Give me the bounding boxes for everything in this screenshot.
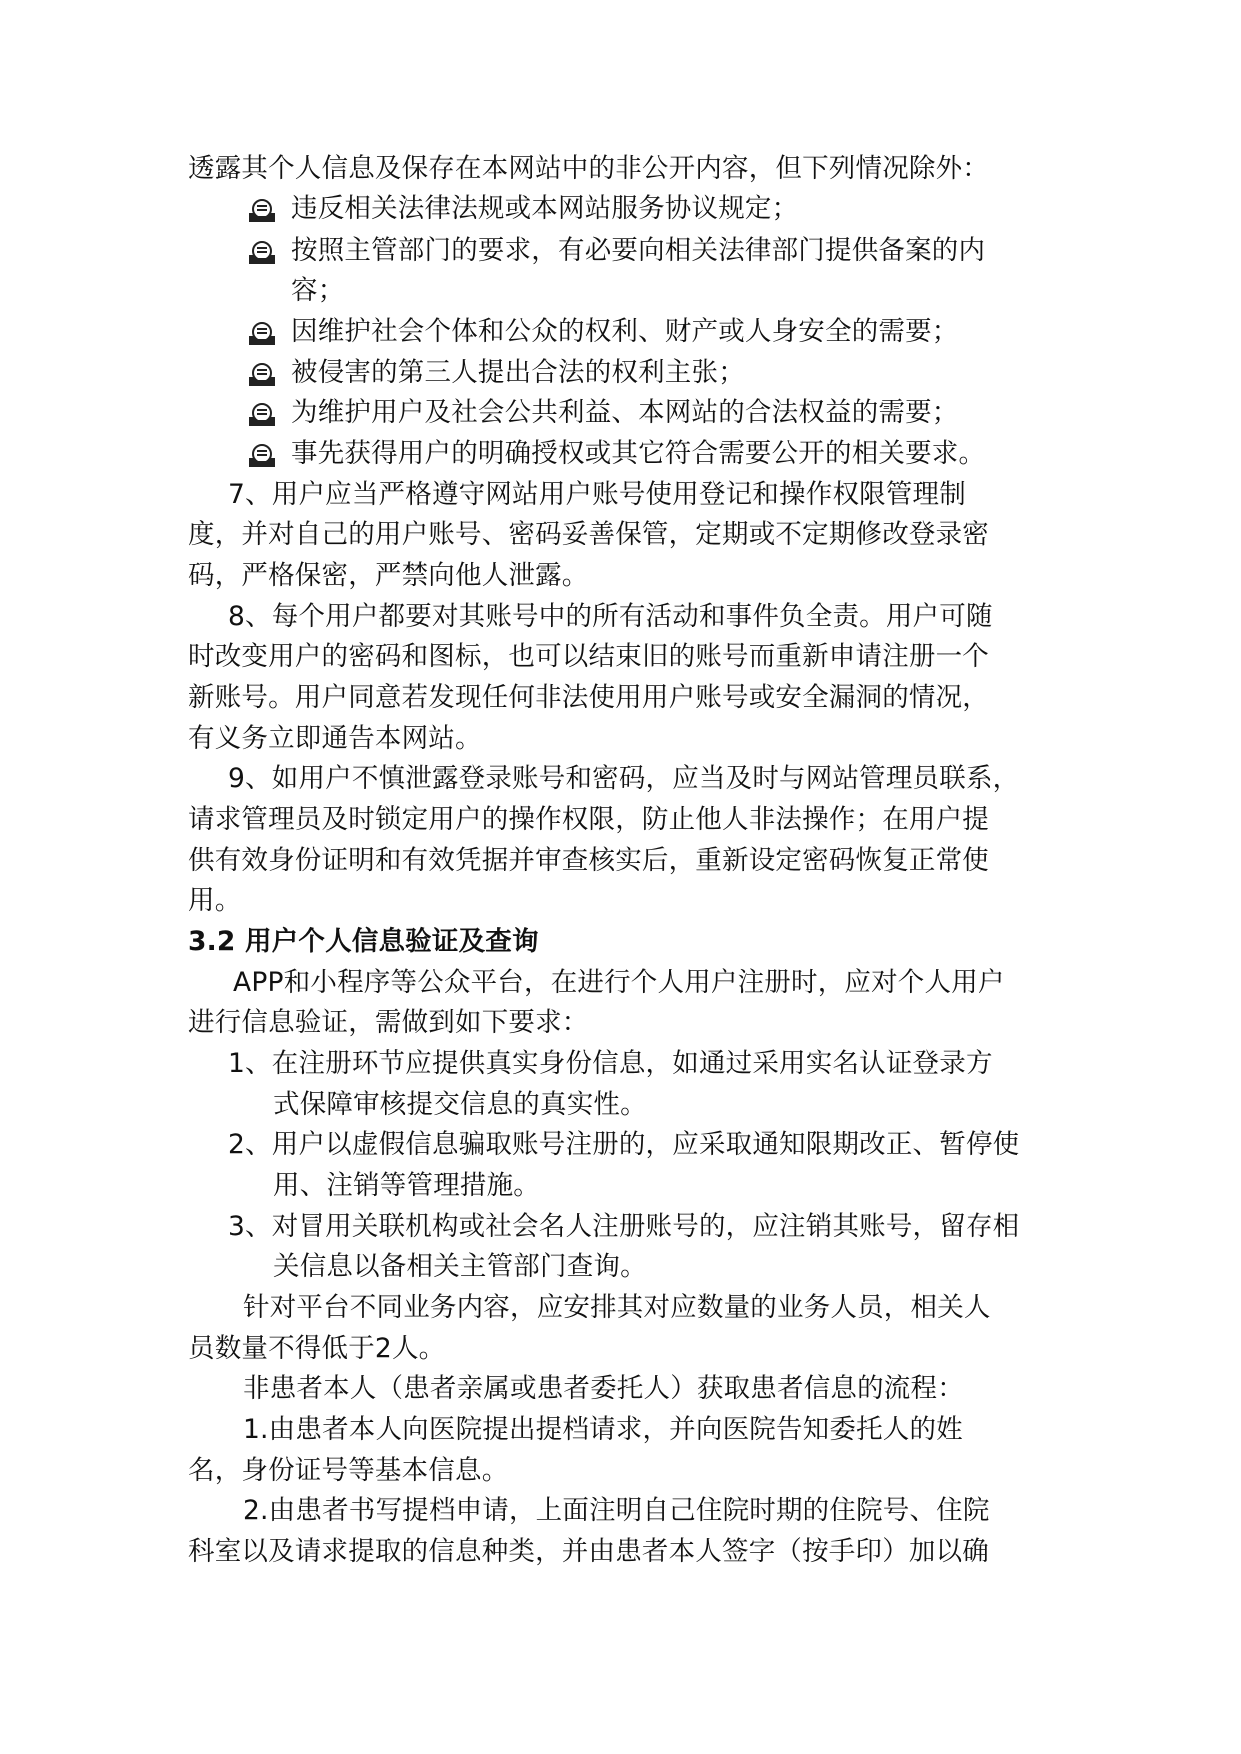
paragraph-line: 时改变用户的密码和图标，也可以结束旧的账号而重新申请注册一个 — [188, 637, 989, 677]
paragraph-line: 透露其个人信息及保存在本网站中的非公开内容，但下列情况除外： — [188, 149, 989, 189]
lock-inbox-icon — [247, 320, 277, 346]
section-heading: 3.2 用户个人信息验证及查询 — [188, 922, 539, 962]
lock-inbox-icon — [247, 361, 277, 387]
numbered-item: 3、对冒用关联机构或社会名人注册账号的，应注销其账号，留存相 — [228, 1207, 1019, 1247]
numbered-item-continuation: 式保障审核提交信息的真实性。 — [273, 1085, 647, 1125]
numbered-item-continuation: 关信息以备相关主管部门查询。 — [273, 1247, 647, 1287]
numbered-item-continuation: 用、注销等管理措施。 — [273, 1166, 540, 1206]
paragraph-line: 员数量不得低于2人。 — [188, 1329, 445, 1369]
paragraph-line: 非患者本人（患者亲属或患者委托人）获取患者信息的流程： — [243, 1369, 964, 1409]
bullet-text: 按照主管部门的要求，有必要向相关法律部门提供备案的内 — [291, 235, 985, 266]
paragraph-line: 度，并对自己的用户账号、密码妥善保管，定期或不定期修改登录密 — [188, 515, 989, 555]
paragraph-line: 科室以及请求提取的信息种类，并由患者本人签字（按手印）加以确 — [188, 1532, 989, 1572]
bullet-item: 被侵害的第三人提出合法的权利主张； — [291, 353, 745, 393]
bullet-item: 按照主管部门的要求，有必要向相关法律部门提供备案的内 — [291, 231, 985, 271]
paragraph-line: 7、用户应当严格遵守网站用户账号使用登记和操作权限管理制 — [228, 475, 966, 515]
bullet-item: 违反相关法律法规或本网站服务协议规定； — [291, 189, 798, 229]
bullet-text: 被侵害的第三人提出合法的权利主张； — [291, 357, 745, 388]
paragraph-line: 供有效身份证明和有效凭据并审查核实后，重新设定密码恢复正常使 — [188, 841, 989, 881]
lock-inbox-icon — [247, 197, 277, 223]
paragraph-line: 2.由患者书写提档申请，上面注明自己住院时期的住院号、住院 — [243, 1491, 990, 1531]
paragraph-line: 有义务立即通告本网站。 — [188, 719, 482, 759]
numbered-item: 2、用户以虚假信息骗取账号注册的，应采取通知限期改正、暂停使 — [228, 1125, 1019, 1165]
paragraph-line: 针对平台不同业务内容，应安排其对应数量的业务人员，相关人 — [243, 1288, 991, 1328]
bullet-item: 为维护用户及社会公共利益、本网站的合法权益的需要； — [291, 393, 959, 433]
lock-inbox-icon — [247, 442, 277, 468]
paragraph-line: 进行信息验证，需做到如下要求： — [188, 1003, 589, 1043]
paragraph-line: 用。 — [188, 881, 241, 921]
bullet-text: 违反相关法律法规或本网站服务协议规定； — [291, 193, 798, 224]
paragraph-line: 新账号。用户同意若发现任何非法使用用户账号或安全漏洞的情况， — [188, 678, 989, 718]
numbered-item: 1、在注册环节应提供真实身份信息，如通过采用实名认证登录方 — [228, 1044, 993, 1084]
paragraph-line: 8、每个用户都要对其账号中的所有活动和事件负全责。用户可随 — [228, 597, 993, 637]
bullet-text: 为维护用户及社会公共利益、本网站的合法权益的需要； — [291, 397, 959, 428]
lock-inbox-icon — [247, 401, 277, 427]
bullet-item: 事先获得用户的明确授权或其它符合需要公开的相关要求。 — [291, 434, 985, 474]
paragraph-line: 1.由患者本人向医院提出提档请求，并向医院告知委托人的姓 — [243, 1410, 963, 1450]
lock-inbox-icon — [247, 239, 277, 265]
paragraph-line: APP和小程序等公众平台，在进行个人用户注册时，应对个人用户 — [233, 963, 1005, 1003]
bullet-item: 因维护社会个体和公众的权利、财产或人身安全的需要； — [291, 312, 959, 352]
paragraph-line: 请求管理员及时锁定用户的操作权限，防止他人非法操作；在用户提 — [188, 800, 989, 840]
paragraph-line: 9、如用户不慎泄露登录账号和密码，应当及时与网站管理员联系， — [228, 759, 1019, 799]
bullet-continuation: 容； — [291, 271, 344, 311]
paragraph-line: 名，身份证号等基本信息。 — [188, 1451, 508, 1491]
bullet-text: 因维护社会个体和公众的权利、财产或人身安全的需要； — [291, 316, 959, 347]
bullet-text: 事先获得用户的明确授权或其它符合需要公开的相关要求。 — [291, 438, 985, 469]
paragraph-line: 码，严格保密，严禁向他人泄露。 — [188, 556, 589, 596]
